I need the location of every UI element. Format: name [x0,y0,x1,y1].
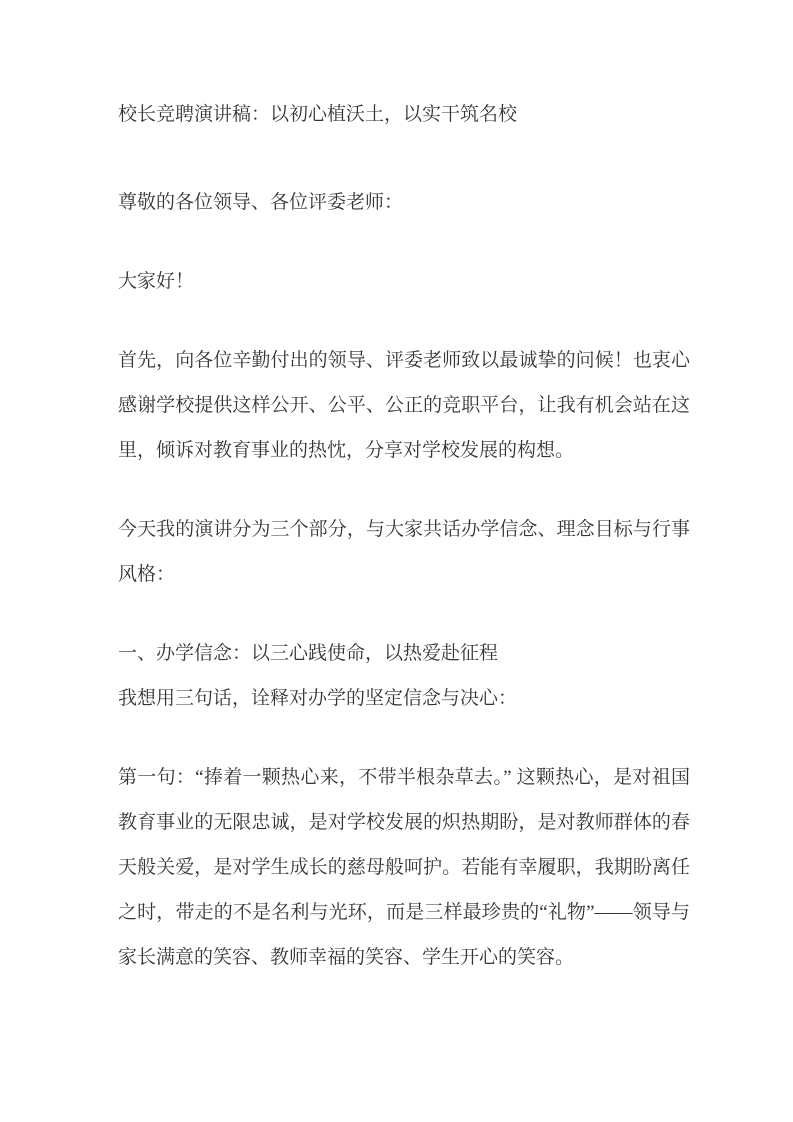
section-1-body-paragraph: 第一句：“捧着一颗热心来，不带半根杂草去。” 这颗热心，是对祖国教育事业的无限忠… [118,755,690,980]
document-title: 校长竞聘演讲稿：以初心植沃土，以实干筑名校 [118,92,690,137]
section-1-intro-line: 我想用三句话，诠释对办学的坚定信念与决心： [118,676,690,721]
greeting-line: 尊敬的各位领导、各位评委老师： [118,180,690,225]
opening-paragraph: 首先，向各位辛勤付出的领导、评委老师致以最诚挚的问候！也衷心感谢学校提供这样公开… [118,338,690,473]
salutation-line: 大家好！ [118,259,690,304]
overview-paragraph: 今天我的演讲分为三个部分，与大家共话办学信念、理念目标与行事风格： [118,507,690,597]
section-heading-1: 一、办学信念：以三心践使命，以热爱赴征程 [118,631,690,676]
document-page: 校长竞聘演讲稿：以初心植沃土，以实干筑名校 尊敬的各位领导、各位评委老师： 大家… [0,0,793,1122]
